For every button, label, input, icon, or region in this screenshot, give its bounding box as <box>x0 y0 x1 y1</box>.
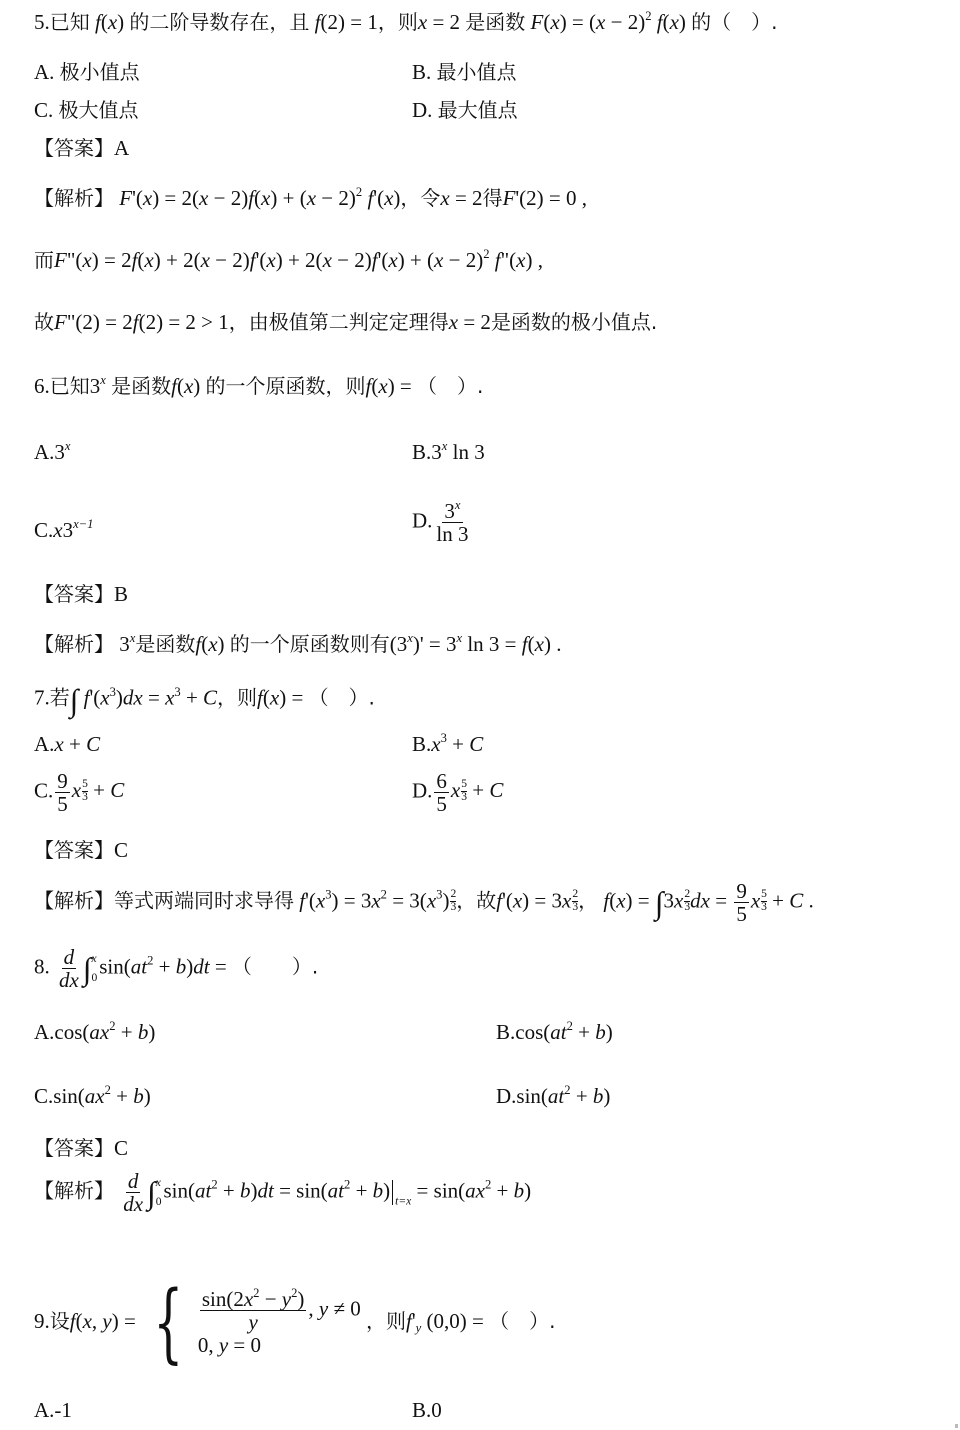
q6-option-d[interactable]: D.3xln 3 <box>412 500 473 545</box>
q9-text: 设 <box>50 1309 70 1333</box>
analysis-text: ， <box>578 888 598 912</box>
option-expr: x3 + C <box>431 732 483 756</box>
q6-text: 的一个原函数，则 <box>206 374 366 398</box>
q7-text: 若 <box>50 686 70 710</box>
q6-option-a[interactable]: A.3x <box>34 440 71 465</box>
q5-option-c[interactable]: C. 极大值点 <box>34 98 139 123</box>
q7-option-a[interactable]: A.x + C <box>34 732 100 757</box>
q7-option-d[interactable]: D.65x53 + C <box>412 770 503 815</box>
q5-option-b[interactable]: B. 最小值点 <box>412 60 517 85</box>
option-key: C. <box>34 518 53 542</box>
option-key: D. <box>412 778 432 802</box>
analysis-text: . <box>556 632 561 656</box>
analysis-text: 的一个原函数则有 <box>230 632 390 656</box>
analysis-text: 故 <box>34 310 54 334</box>
q5-number: 5. <box>34 10 50 34</box>
q6-analysis: 【解析】 3x是函数f(x) 的一个原函数则有(3x)' = 3x ln 3 =… <box>34 632 561 657</box>
q5-option-d[interactable]: D. 最大值点 <box>412 98 518 123</box>
option-text: 最大值点 <box>438 98 518 122</box>
option-expr: 95x53 + C <box>53 778 124 802</box>
analysis-text: 得 <box>483 186 503 210</box>
analysis-text: 而 <box>34 248 54 272</box>
q5-text: 的（ ）. <box>691 10 777 34</box>
q7-text: （ ）. <box>309 686 375 710</box>
option-expr: 3xln 3 <box>434 500 470 545</box>
option-text: 0 <box>431 1398 442 1422</box>
q8-option-d[interactable]: D.sin(at2 + b) <box>496 1084 610 1109</box>
corner-mark <box>955 1424 958 1428</box>
q5-option-a[interactable]: A. 极小值点 <box>34 60 140 85</box>
q5-answer: 【答案】A <box>34 136 129 161</box>
answer-value: C <box>114 838 128 862</box>
q9-number: 9. <box>34 1309 50 1333</box>
q6-option-c[interactable]: C.x3x−1 <box>34 518 93 543</box>
q5-analysis-line1: 【解析】 F'(x) = 2(x − 2)f(x) + (x − 2)2 f'(… <box>34 186 587 211</box>
option-key: A. <box>34 60 54 84</box>
q7-option-b[interactable]: B.x3 + C <box>412 732 483 757</box>
q9-text: （ ）. <box>489 1309 555 1333</box>
option-expr: x3x−1 <box>53 518 93 542</box>
q7-text: ，则 <box>217 686 257 710</box>
analysis-text: ，由极值第二判定定理得 <box>229 310 449 334</box>
answer-value: A <box>114 136 129 160</box>
option-key: A. <box>34 1020 54 1044</box>
option-text: 极大值点 <box>59 98 139 122</box>
option-text: 极小值点 <box>60 60 140 84</box>
answer-label: 【答案】 <box>34 838 114 862</box>
q6-option-b[interactable]: B.3x ln 3 <box>412 440 485 465</box>
q5-analysis-line3: 故F"(2) = 2f(2) = 2 > 1，由极值第二判定定理得x = 2是函… <box>34 310 657 335</box>
answer-value: C <box>114 1136 128 1160</box>
q7-option-c[interactable]: C.95x53 + C <box>34 770 124 815</box>
answer-value: B <box>114 582 128 606</box>
q9-option-b[interactable]: B.0 <box>412 1398 442 1423</box>
q9-stem: 9.设f(x, y) = { sin(2x2 − y2)y, y ≠ 0 0, … <box>34 1280 555 1366</box>
option-key: B. <box>496 1020 515 1044</box>
option-expr: 65x53 + C <box>432 778 503 802</box>
option-expr: 3x <box>54 440 70 464</box>
analysis-text: ，令 <box>400 186 440 210</box>
option-expr: 3x ln 3 <box>431 440 484 464</box>
analysis-label: 【解析】 <box>34 1178 114 1202</box>
analysis-text: 是函数的极小值点. <box>491 310 657 334</box>
q8-option-b[interactable]: B.cos(at2 + b) <box>496 1020 613 1045</box>
q6-text: 是函数 <box>111 374 171 398</box>
analysis-text: ，故 <box>456 888 496 912</box>
answer-label: 【答案】 <box>34 582 114 606</box>
analysis-label: 【解析】 <box>34 186 114 210</box>
option-key: B. <box>412 732 431 756</box>
option-expr: cos(ax2 + b) <box>54 1020 155 1044</box>
q6-answer: 【答案】B <box>34 582 128 607</box>
analysis-text: 是函数 <box>135 632 195 656</box>
q8-text: （ ）. <box>232 954 318 978</box>
option-key: D. <box>496 1084 516 1108</box>
option-expr: cos(at2 + b) <box>515 1020 612 1044</box>
option-key: D. <box>412 98 432 122</box>
option-key: B. <box>412 440 431 464</box>
q8-answer: 【答案】C <box>34 1136 128 1161</box>
q8-option-a[interactable]: A.cos(ax2 + b) <box>34 1020 155 1045</box>
q7-analysis: 【解析】等式两端同时求导得 f'(x3) = 3x2 = 3(x3)23，故f'… <box>34 880 814 925</box>
q5-text: ，则 <box>378 10 418 34</box>
q7-answer: 【答案】C <box>34 838 128 863</box>
q9-text: ，则 <box>366 1309 406 1333</box>
answer-label: 【答案】 <box>34 136 114 160</box>
option-key: A. <box>34 732 54 756</box>
q9-option-a[interactable]: A.-1 <box>34 1398 72 1423</box>
q7-number: 7. <box>34 686 50 710</box>
piecewise-definition: { sin(2x2 − y2)y, y ≠ 0 0, y = 0 <box>141 1280 361 1366</box>
q6-text: （ ）. <box>417 374 483 398</box>
q8-stem: 8. ddx∫x0sin(at2 + b)dt = （ ）. <box>34 946 318 991</box>
q6-stem: 6.已知3x 是函数f(x) 的一个原函数，则f(x) = （ ）. <box>34 374 483 399</box>
option-key: B. <box>412 1398 431 1422</box>
q5-analysis-line2: 而F"(x) = 2f(x) + 2(x − 2)f'(x) + 2(x − 2… <box>34 248 543 273</box>
option-text: 最小值点 <box>437 60 517 84</box>
option-key: C. <box>34 98 53 122</box>
q5-text: 是函数 <box>465 10 525 34</box>
q6-number: 6. <box>34 374 50 398</box>
q7-stem: 7.若∫ f'(x3)dx = x3 + C，则f(x) = （ ）. <box>34 682 375 720</box>
q8-number: 8. <box>34 954 50 978</box>
analysis-label: 【解析】 <box>34 888 114 912</box>
q5-text: 已知 <box>50 10 90 34</box>
option-expr: sin(ax2 + b) <box>53 1084 150 1108</box>
analysis-label: 【解析】 <box>34 632 114 656</box>
option-text: -1 <box>54 1398 72 1422</box>
analysis-text: 等式两端同时求导得 <box>114 888 294 912</box>
option-expr: sin(at2 + b) <box>516 1084 610 1108</box>
q5-text: 的二阶导数存在，且 <box>129 10 309 34</box>
q8-option-c[interactable]: C.sin(ax2 + b) <box>34 1084 151 1109</box>
option-key: C. <box>34 778 53 802</box>
option-key: C. <box>34 1084 53 1108</box>
q8-analysis: 【解析】 ddx∫x0sin(at2 + b)dt = sin(at2 + b)… <box>34 1170 531 1215</box>
answer-label: 【答案】 <box>34 1136 114 1160</box>
option-key: A. <box>34 440 54 464</box>
option-key: B. <box>412 60 431 84</box>
option-key: A. <box>34 1398 54 1422</box>
q5-stem: 5.已知 f(x) 的二阶导数存在，且 f(2) = 1，则x = 2 是函数 … <box>34 10 778 35</box>
q6-text: 已知 <box>50 374 90 398</box>
option-key: D. <box>412 508 432 532</box>
option-expr: x + C <box>54 732 100 756</box>
